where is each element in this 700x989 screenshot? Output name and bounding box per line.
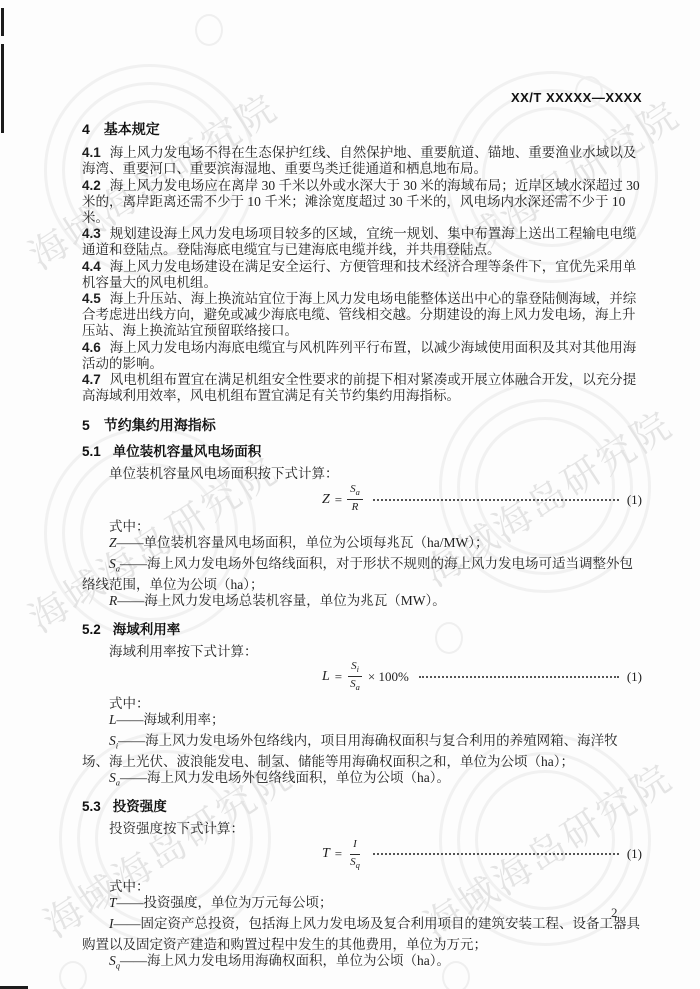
clause-4-5: 4.5海上升压站、海上换流站宜位于海上风力发电场电能整体送出中心的靠登陆侧海域，… xyxy=(82,291,642,340)
subsection-number: 5.1 xyxy=(82,444,101,459)
clause-4-1: 4.1海上风力发电场不得在生态保护红线、自然保护地、重要航道、锚地、重要渔业水域… xyxy=(82,145,642,177)
clause-4-6: 4.6海上风力发电场内海底电缆宜与风机阵列平行布置，以减少海域使用面积及其对其他… xyxy=(82,340,642,372)
formula-lhs: Z xyxy=(322,492,330,508)
symbol: T xyxy=(109,895,117,910)
formula-intro: 单位装机容量风电场面积按下式计算： xyxy=(82,466,642,482)
denominator: R xyxy=(352,501,359,513)
clause-text: 海上风力发电场建设在满足安全运行、方便管理和技术经济合理等条件下，宜优先采用单机… xyxy=(82,259,636,290)
clause-number: 4.7 xyxy=(82,372,101,387)
definition-text: ——海上风力发电场外包络线内，项目用海确权面积与复合利用的养殖网箱、海洋牧场、海… xyxy=(82,733,618,769)
formula-2: L = Si Sa × 100% (1) xyxy=(322,662,642,692)
symbol: S xyxy=(109,770,116,785)
definition-text: ——固定资产总投资，包括海上风力发电场及复合利用项目的建筑安装工程、设备工器具购… xyxy=(82,916,640,952)
clause-number: 4.2 xyxy=(82,178,101,193)
equals-sign: = xyxy=(335,669,342,685)
watermark-circle xyxy=(195,14,223,46)
section-title: 基本规定 xyxy=(104,121,160,137)
definition: Sa——海上风力发电场外包络线面积，对于形状不规则的海上风力发电场可适当调整外包… xyxy=(82,556,642,593)
definition-text: ——单位装机容量风电场面积，单位为公顷每兆瓦（ha/MW）； xyxy=(117,535,489,550)
clause-text: 海上风力发电场应在离岸 30 千米以外或水深大于 30 米的海域布局；近岸区域水… xyxy=(82,178,640,225)
formula-suffix: × 100% xyxy=(368,669,409,685)
definition-text: ——投资强度，单位为万元每公顷； xyxy=(117,895,333,910)
symbol: R xyxy=(109,593,117,608)
subsection-5-2-heading: 5.2海域利用率 xyxy=(82,622,642,638)
formula-3: T = I Sq (1) xyxy=(322,839,642,869)
dot-leader xyxy=(373,853,619,855)
where-label: 式中： xyxy=(82,879,642,895)
equals-sign: = xyxy=(335,492,342,508)
fraction: Sa R xyxy=(347,483,363,516)
subsection-title: 海域利用率 xyxy=(113,622,181,637)
subsection-title: 投资强度 xyxy=(113,799,167,814)
symbol: S xyxy=(109,953,116,968)
document-content: XX/T XXXXX—XXXX 4基本规定 4.1海上风力发电场不得在生态保护红… xyxy=(82,90,642,974)
symbol: S xyxy=(109,556,116,571)
scan-edge-artifact xyxy=(1,8,4,36)
definition-text: ——海上风力发电场外包络线面积，单位为公顷（ha）。 xyxy=(120,770,450,785)
formula-number: (1) xyxy=(627,846,642,862)
definition-text: ——海域利用率； xyxy=(117,712,225,727)
clause-4-4: 4.4海上风力发电场建设在满足安全运行、方便管理和技术经济合理等条件下，宜优先采… xyxy=(82,259,642,291)
fraction: Si Sa xyxy=(347,660,363,693)
numerator-subscript: a xyxy=(356,487,360,497)
dot-leader xyxy=(419,676,619,678)
definition-text: ——海上风力发电场用海确权面积，单位为公顷（ha）。 xyxy=(120,953,450,968)
standard-code: XX/T XXXXX—XXXX xyxy=(82,90,642,106)
symbol: L xyxy=(109,712,117,727)
numerator: I xyxy=(353,838,357,850)
subsection-title: 单位装机容量风电场面积 xyxy=(113,444,262,459)
clause-number: 4.4 xyxy=(82,259,101,274)
definition: I——固定资产总投资，包括海上风力发电场及复合利用项目的建筑安装工程、设备工器具… xyxy=(82,916,642,953)
denominator-subscript: q xyxy=(356,860,360,870)
clause-number: 4.3 xyxy=(82,226,101,241)
numerator-subscript: i xyxy=(357,664,359,674)
clause-text: 海上升压站、海上换流站宜位于海上风力发电场电能整体送出中心的靠登陆侧海域，并综合… xyxy=(82,291,636,338)
section-4-heading: 4基本规定 xyxy=(82,120,642,138)
definition: Sq——海上风力发电场用海确权面积，单位为公顷（ha）。 xyxy=(82,953,642,974)
subsection-5-1-heading: 5.1单位装机容量风电场面积 xyxy=(82,444,642,460)
section-number: 5 xyxy=(82,417,90,433)
formula-1: Z = Sa R (1) xyxy=(322,485,642,515)
definition: L——海域利用率； xyxy=(82,712,642,733)
section-5-heading: 5节约集约用海指标 xyxy=(82,416,642,434)
clause-number: 4.6 xyxy=(82,340,101,355)
dot-leader xyxy=(373,499,619,501)
clause-number: 4.1 xyxy=(82,145,101,160)
document-page: 海域海岛研究院 海域海岛研究院 海域海岛研究院 海域海岛研究院 海域海岛研究院 … xyxy=(0,0,700,989)
formula-intro: 投资强度按下式计算： xyxy=(82,821,642,837)
definition-text: ——海上风力发电场外包络线面积，对于形状不规则的海上风力发电场可适当调整外包络线… xyxy=(82,556,633,592)
definition-text: ——海上风力发电场总装机容量，单位为兆瓦（MW）。 xyxy=(117,593,446,608)
definition: R——海上风力发电场总装机容量，单位为兆瓦（MW）。 xyxy=(82,593,642,614)
equals-sign: = xyxy=(335,846,342,862)
fraction: I Sq xyxy=(347,838,363,871)
scan-edge-artifact xyxy=(1,44,4,133)
clause-number: 4.5 xyxy=(82,291,101,306)
clause-4-2: 4.2海上风力发电场应在离岸 30 千米以外或水深大于 30 米的海域布局；近岸… xyxy=(82,178,642,227)
formula-number: (1) xyxy=(627,492,642,508)
denominator-subscript: a xyxy=(356,683,360,693)
clause-text: 风电机组布置宜在满足机组安全性要求的前提下相对紧凑或开展立体融合开发，以充分提高… xyxy=(82,372,636,403)
formula-number: (1) xyxy=(627,669,642,685)
clause-text: 海上风力发电场内海底电缆宜与风机阵列平行布置，以减少海域使用面积及其对其他用海活… xyxy=(82,340,636,371)
clause-text: 海上风力发电场不得在生态保护红线、自然保护地、重要航道、锚地、重要渔业水域以及海… xyxy=(82,145,636,176)
where-label: 式中： xyxy=(82,519,642,535)
subsection-5-3-heading: 5.3投资强度 xyxy=(82,799,642,815)
definition: Z——单位装机容量风电场面积，单位为公顷每兆瓦（ha/MW）； xyxy=(82,535,642,556)
subsection-number: 5.2 xyxy=(82,622,101,637)
where-label: 式中： xyxy=(82,696,642,712)
clause-4-3: 4.3规划建设海上风力发电场项目较多的区域，宜统一规划、集中布置海上送出工程输电… xyxy=(82,226,642,258)
symbol: S xyxy=(109,733,116,748)
definition: T——投资强度，单位为万元每公顷； xyxy=(82,895,642,916)
symbol: Z xyxy=(109,535,117,550)
formula-lhs: L xyxy=(322,669,330,685)
formula-intro: 海域利用率按下式计算： xyxy=(82,644,642,660)
clause-4-7: 4.7风电机组布置宜在满足机组安全性要求的前提下相对紧凑或开展立体融合开发，以充… xyxy=(82,372,642,404)
formula-lhs: T xyxy=(322,846,330,862)
definition: Si——海上风力发电场外包络线内，项目用海确权面积与复合利用的养殖网箱、海洋牧场… xyxy=(82,733,642,770)
section-number: 4 xyxy=(82,121,90,137)
subsection-number: 5.3 xyxy=(82,799,101,814)
page-number: 2 xyxy=(611,905,618,921)
clause-text: 规划建设海上风力发电场项目较多的区域，宜统一规划、集中布置海上送出工程输电电缆通… xyxy=(82,226,636,257)
section-title: 节约集约用海指标 xyxy=(104,417,216,433)
definition: Sa——海上风力发电场外包络线面积，单位为公顷（ha）。 xyxy=(82,770,642,791)
